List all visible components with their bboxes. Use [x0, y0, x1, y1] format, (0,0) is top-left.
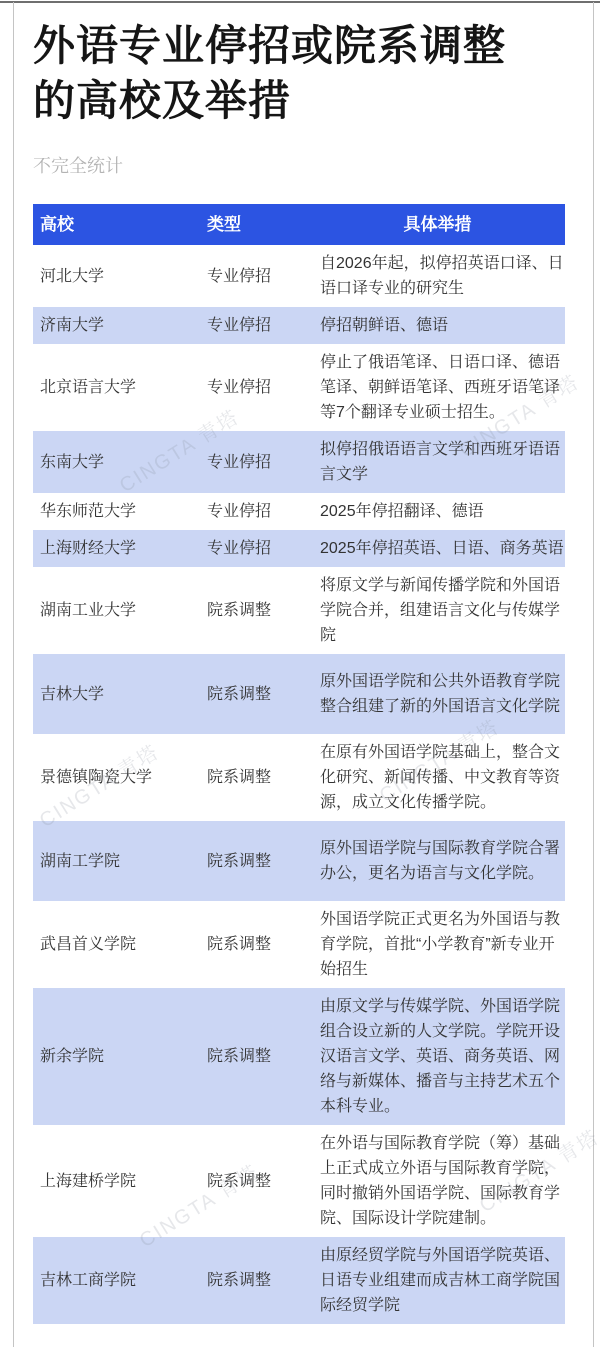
cell-measure: 自2026年起，拟停招英语口译、日语口译专业的研究生 — [310, 251, 565, 301]
cell-university: 湖南工业大学 — [33, 598, 207, 623]
cell-type: 院系调整 — [207, 682, 310, 707]
cell-measure: 原外国语学院和公共外语教育学院整合组建了新的外国语言文化学院 — [310, 669, 565, 719]
universities-table: 高校 类型 具体举措 河北大学 专业停招 自2026年起，拟停招英语口译、日语口… — [33, 204, 565, 1324]
header-cell-type: 类型 — [207, 212, 310, 237]
cell-type: 专业停招 — [207, 313, 310, 338]
cell-university: 济南大学 — [33, 313, 207, 338]
table-row: 吉林大学 院系调整 原外国语学院和公共外语教育学院整合组建了新的外国语言文化学院 — [33, 654, 565, 734]
table-row: 上海建桥学院 院系调整 在外语与国际教育学院（筹）基础上正式成立外语与国际教育学… — [33, 1125, 565, 1237]
cell-measure: 2025年停招英语、日语、商务英语 — [310, 536, 565, 561]
cell-university: 湖南工学院 — [33, 849, 207, 874]
table-row: 济南大学 专业停招 停招朝鲜语、德语 — [33, 307, 565, 344]
cell-type: 院系调整 — [207, 1044, 310, 1069]
infographic-page: { "header": { "title_line1": "外语专业停招或院系调… — [0, 0, 600, 1347]
cell-university: 北京语言大学 — [33, 375, 207, 400]
cell-type: 院系调整 — [207, 598, 310, 623]
cell-measure: 停招朝鲜语、德语 — [310, 313, 565, 338]
cell-university: 吉林大学 — [33, 682, 207, 707]
cell-type: 专业停招 — [207, 264, 310, 289]
cell-measure: 由原文学与传媒学院、外国语学院组合设立新的人文学院。学院开设汉语言文学、英语、商… — [310, 994, 565, 1119]
subtitle-note: 不完全统计 — [33, 152, 565, 178]
cell-measure: 由原经贸学院与外国语学院英语、日语专业组建而成吉林工商学院国际经贸学院 — [310, 1243, 565, 1318]
header-cell-measure: 具体举措 — [310, 212, 565, 237]
table-row: 湖南工业大学 院系调整 将原文学与新闻传播学院和外国语学院合并，组建语言文化与传… — [33, 567, 565, 654]
cell-type: 专业停招 — [207, 536, 310, 561]
cell-type: 专业停招 — [207, 375, 310, 400]
cell-type: 院系调整 — [207, 1169, 310, 1194]
cell-measure: 在原有外国语学院基础上，整合文化研究、新闻传播、中文教育等资源，成立文化传播学院… — [310, 740, 565, 815]
cell-university: 河北大学 — [33, 264, 207, 289]
cell-university: 华东师范大学 — [33, 499, 207, 524]
cell-measure: 外国语学院正式更名为外国语与教育学院，首批“小学教育”新专业开始招生 — [310, 907, 565, 982]
cell-university: 新余学院 — [33, 1044, 207, 1069]
header-cell-university: 高校 — [33, 212, 207, 237]
table-row: 武昌首义学院 院系调整 外国语学院正式更名为外国语与教育学院，首批“小学教育”新… — [33, 901, 565, 988]
cell-type: 院系调整 — [207, 849, 310, 874]
cell-university: 东南大学 — [33, 450, 207, 475]
table-row: 东南大学 专业停招 拟停招俄语语言文学和西班牙语语言文学 — [33, 431, 565, 493]
cell-measure: 原外国语学院与国际教育学院合署办公，更名为语言与文化学院。 — [310, 836, 565, 886]
page-title-line2: 的高校及举措 — [33, 77, 291, 124]
table-row: 北京语言大学 专业停招 停止了俄语笔译、日语口译、德语笔译、朝鲜语笔译、西班牙语… — [33, 344, 565, 431]
cell-measure: 在外语与国际教育学院（筹）基础上正式成立外语与国际教育学院，同时撤销外国语学院、… — [310, 1131, 565, 1231]
table-header-row: 高校 类型 具体举措 — [33, 204, 565, 245]
cell-measure: 拟停招俄语语言文学和西班牙语语言文学 — [310, 437, 565, 487]
cell-type: 院系调整 — [207, 765, 310, 790]
page-title: 外语专业停招或院系调整的高校及举措 — [33, 18, 565, 128]
table-row: 上海财经大学 专业停招 2025年停招英语、日语、商务英语 — [33, 530, 565, 567]
cell-measure: 将原文学与新闻传播学院和外国语学院合并，组建语言文化与传媒学院 — [310, 573, 565, 648]
cell-university: 上海财经大学 — [33, 536, 207, 561]
table-row: 河北大学 专业停招 自2026年起，拟停招英语口译、日语口译专业的研究生 — [33, 245, 565, 307]
cell-type: 专业停招 — [207, 499, 310, 524]
content-area: 外语专业停招或院系调整的高校及举措 不完全统计 高校 类型 具体举措 河北大学 … — [0, 0, 600, 1324]
cell-measure: 停止了俄语笔译、日语口译、德语笔译、朝鲜语笔译、西班牙语笔译等7个翻译专业硕士招… — [310, 350, 565, 425]
cell-type: 专业停招 — [207, 450, 310, 475]
table-row: 景德镇陶瓷大学 院系调整 在原有外国语学院基础上，整合文化研究、新闻传播、中文教… — [33, 734, 565, 821]
cell-university: 武昌首义学院 — [33, 932, 207, 957]
cell-measure: 2025年停招翻译、德语 — [310, 499, 565, 524]
table-row: 湖南工学院 院系调整 原外国语学院与国际教育学院合署办公，更名为语言与文化学院。 — [33, 821, 565, 901]
table-row: 华东师范大学 专业停招 2025年停招翻译、德语 — [33, 493, 565, 530]
cell-type: 院系调整 — [207, 1268, 310, 1293]
cell-type: 院系调整 — [207, 932, 310, 957]
page-title-line1: 外语专业停招或院系调整 — [33, 22, 506, 69]
cell-university: 景德镇陶瓷大学 — [33, 765, 207, 790]
cell-university: 吉林工商学院 — [33, 1268, 207, 1293]
table-row: 吉林工商学院 院系调整 由原经贸学院与外国语学院英语、日语专业组建而成吉林工商学… — [33, 1237, 565, 1324]
table-row: 新余学院 院系调整 由原文学与传媒学院、外国语学院组合设立新的人文学院。学院开设… — [33, 988, 565, 1125]
cell-university: 上海建桥学院 — [33, 1169, 207, 1194]
